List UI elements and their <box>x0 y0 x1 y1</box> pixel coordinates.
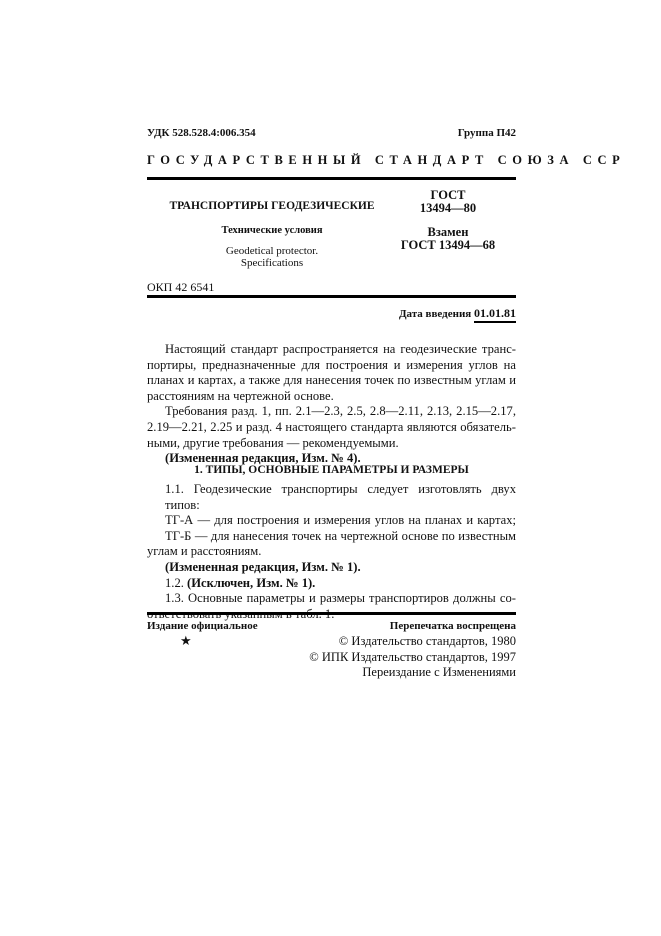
copyright-1980: © Издательство стандартов, 1980 <box>309 634 516 650</box>
text-line: Требования разд. 1, пп. 2.1—2.3, 2.5, 2.… <box>147 404 516 420</box>
intro-paragraph-1: Настоящий стандарт распространяется на г… <box>147 342 516 358</box>
intro-text: Настоящий стандарт распространяется на г… <box>147 342 516 467</box>
okp-code: ОКП 42 6541 <box>147 280 214 295</box>
star-icon: ★ <box>180 633 192 649</box>
date-label: Дата введения <box>399 308 471 320</box>
header-rule <box>147 177 516 180</box>
group-code: Группа П42 <box>458 127 516 139</box>
section1-text: 1.1. Геодезические транспортиры следует … <box>147 482 516 622</box>
english-title: Geodetical protector. Specifications <box>147 245 397 269</box>
text-line: 2.19—2.21, 2.25 и разд. 4 настоящего ста… <box>147 420 516 436</box>
reissue-note: Переиздание с Изменениями <box>309 665 516 681</box>
footer-rule <box>147 612 516 615</box>
clause-excluded-note: (Исключен, Изм. № 1). <box>187 576 315 590</box>
amendment-note: (Измененная редакция, Изм. № 1). <box>147 560 516 576</box>
okp-rule <box>147 295 516 298</box>
type-tg-b: ТГ-Б — для нанесения точек на чертежной … <box>147 529 516 545</box>
clause-1-3: 1.3. Основные параметры и размеры трансп… <box>147 591 516 607</box>
english-title-line1: Geodetical protector. <box>147 245 397 257</box>
copyright-block: © Издательство стандартов, 1980 © ИПК Из… <box>309 634 516 681</box>
copyright-1997: © ИПК Издательство стандартов, 1997 <box>309 650 516 666</box>
text-line: Настоящий стандарт распространяется на г… <box>147 342 516 358</box>
section-heading: 1. ТИПЫ, ОСНОВНЫЕ ПАРАМЕТРЫ И РАЗМЕРЫ <box>147 464 516 476</box>
clause-1-1: 1.1. Геодезические транспортиры следует … <box>147 482 516 513</box>
type-tg-a: ТГ-А — для построения и измерения углов … <box>147 513 516 529</box>
gost-number: 13494—80 <box>390 202 506 215</box>
date-value: 01.01.81 <box>474 306 516 323</box>
clause-1-2: 1.2. (Исключен, Изм. № 1). <box>147 576 516 592</box>
clause-number: 1.2. <box>165 576 184 590</box>
text-line: портиры, предназначенные для построения … <box>147 358 516 374</box>
text-line: планах и картах, а также для нанесения т… <box>147 373 516 389</box>
state-standard-heading: ГОСУДАРСТВЕННЫЙ СТАНДАРТ СОЮЗА ССР <box>147 153 625 168</box>
introduction-date: Дата введения 01.01.81 <box>399 306 516 321</box>
text-line: расстояниям на чертежной основе. <box>147 389 516 405</box>
replaces-block: Взамен ГОСТ 13494—68 <box>390 226 506 252</box>
udk-code: УДК 528.528.4:006.354 <box>147 127 256 139</box>
document-subtitle: Технические условия <box>147 225 397 236</box>
text-line: ными, другие требования — рекомендуемыми… <box>147 436 516 452</box>
reprint-prohibited: Перепечатка воспрещена <box>390 620 516 632</box>
document-title: ТРАНСПОРТИРЫ ГЕОДЕЗИЧЕСКИЕ <box>147 200 397 212</box>
text-line: углам и расстояниям. <box>147 544 516 560</box>
replaces-number: ГОСТ 13494—68 <box>390 239 506 252</box>
english-title-line2: Specifications <box>147 257 397 269</box>
official-edition: Издание официальное <box>147 620 258 632</box>
gost-designation: ГОСТ 13494—80 <box>390 189 506 215</box>
